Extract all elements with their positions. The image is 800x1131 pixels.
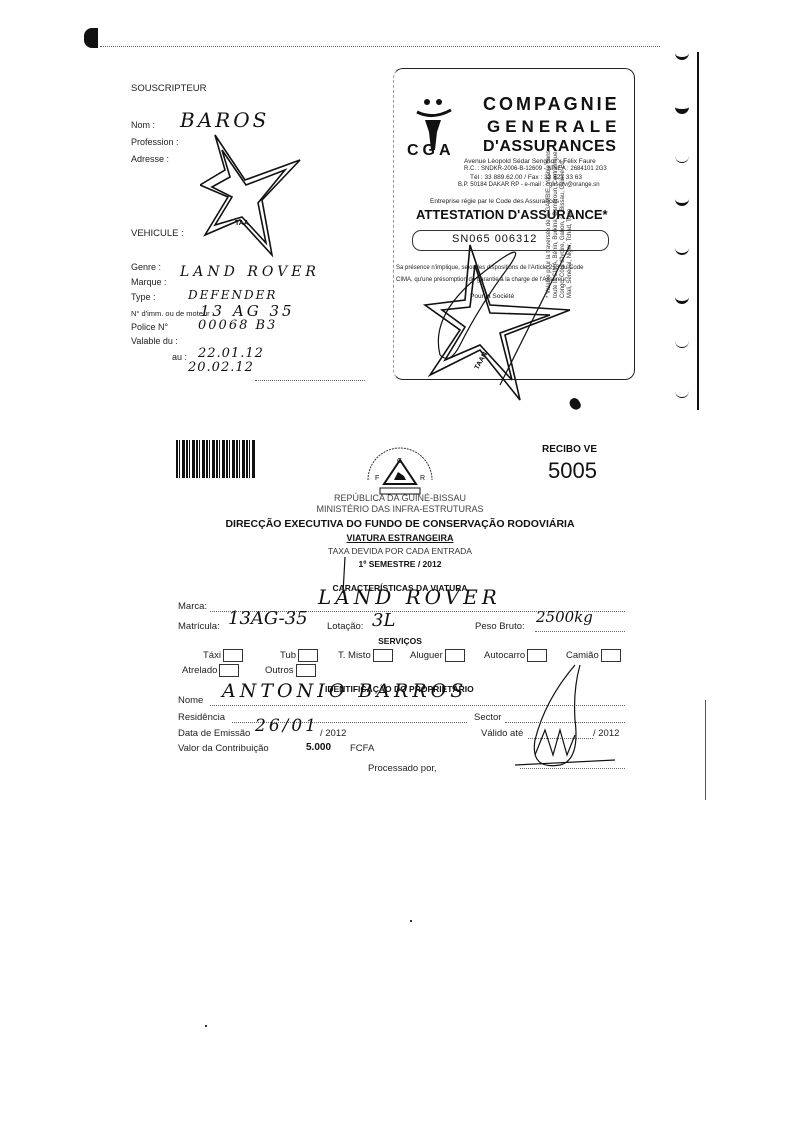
company-address: Avenue Léopold Sédar Senghor x Félix Fau…: [464, 158, 596, 165]
service-taxi[interactable]: Táxi: [203, 649, 243, 662]
tax-note: TAXA DEVIDA POR CADA ENTRADA: [300, 546, 500, 556]
type-label: Type :: [131, 292, 156, 302]
company-name-line2: GENERALE: [487, 117, 621, 137]
right-margin-line: [705, 700, 706, 800]
emissao-year: / 2012: [320, 728, 346, 739]
valable-au-value: 20.02.12: [188, 360, 254, 375]
svg-text:TAA: TAA: [235, 220, 249, 227]
service-outros-checkbox[interactable]: [296, 664, 316, 677]
subscriber-heading: SOUSCRIPTEUR: [131, 83, 206, 94]
binder-hole: [675, 294, 689, 304]
service-taxi-label: Táxi: [203, 650, 221, 661]
vehicle-type-title: VIATURA ESTRANGEIRA: [300, 533, 500, 543]
company-name-line1: COMPAGNIE: [483, 94, 620, 115]
valor-value: 5.000: [306, 742, 331, 753]
binder-hole: [675, 196, 689, 206]
nom-label: Nom :: [131, 120, 155, 130]
emblem-letter-r: R: [420, 475, 425, 482]
service-atrelado-checkbox[interactable]: [219, 664, 239, 677]
official-signature: [505, 660, 625, 780]
service-aluguer[interactable]: Aluguer: [410, 649, 465, 662]
directorate-title: DIRECÇÃO EXECUTIVA DO FUNDO DE CONSERVAÇ…: [150, 518, 650, 530]
valable-du-label: Valable du :: [131, 336, 178, 346]
marque-label: Marque :: [131, 277, 167, 287]
service-aluguer-label: Aluguer: [410, 650, 443, 661]
police-value: 00068 B3: [198, 318, 277, 333]
residencia-label: Residência: [178, 712, 225, 723]
bottom-dots-left: [255, 380, 365, 381]
semester-label: 1º SEMESTRE / 2012: [300, 559, 500, 569]
barcode: [176, 440, 256, 478]
police-label: Police N°: [131, 322, 168, 332]
company-rc: R.C. : SNDKR-2006-B-12609 - NINEA : 2684…: [464, 166, 607, 172]
company-stamp-right: TAAN: [420, 235, 590, 405]
pen-stroke: [335, 555, 355, 595]
matricula-label: Matrícula:: [178, 621, 220, 632]
svg-text:TAAN: TAAN: [474, 351, 490, 371]
binder-hole: [675, 390, 689, 398]
service-t-misto-checkbox[interactable]: [373, 649, 393, 662]
emissao-label: Data de Emissão: [178, 728, 250, 739]
vehicle-heading: VEHICULE :: [131, 228, 184, 239]
matricula-line: [535, 631, 625, 632]
republic-line: REPÚBLICA DA GUINÉ-BISSAU: [250, 493, 550, 503]
processed-label: Processado por,: [368, 763, 437, 774]
scan-corner-mark: [84, 28, 98, 48]
service-tub-checkbox[interactable]: [298, 649, 318, 662]
peso-label: Peso Bruto:: [475, 621, 525, 632]
binder-hole: [675, 246, 689, 255]
service-aluguer-checkbox[interactable]: [445, 649, 465, 662]
profession-label: Profession :: [131, 137, 179, 147]
service-tub-label: Tub: [280, 650, 296, 661]
valor-label: Valor da Contribuição: [178, 743, 269, 754]
service-atrelado-label: Atrelado: [182, 665, 217, 676]
marca-label: Marca:: [178, 601, 207, 612]
fund-emblem: [360, 440, 440, 498]
emissao-value: 26/01: [255, 716, 319, 736]
peso-value: 2500kg: [536, 608, 593, 626]
adresse-label: Adresse :: [131, 154, 169, 164]
scan-speck: [205, 1025, 207, 1027]
lotacao-label: Lotação:: [327, 621, 363, 632]
service-t-misto-label: T. Misto: [338, 650, 371, 661]
receipt-number: 5005: [548, 458, 597, 484]
marque-value: LAND ROVER: [180, 264, 320, 280]
company-bp: B.P. 50184 DAKAR RP - e-mail : cgaserv@o…: [458, 182, 600, 188]
valable-du-value: 22.01.12: [198, 346, 264, 361]
perforation-line: [100, 46, 660, 47]
certificate-title: ATTESTATION D'ASSURANCE*: [416, 207, 608, 222]
service-atrelado[interactable]: Atrelado: [182, 664, 239, 677]
regulated-note: Entreprise régie par le Code des Assuran…: [430, 198, 559, 205]
matricula-value: 13AG-35: [228, 608, 308, 629]
emblem-letter-f: F: [375, 475, 379, 482]
service-outros-label: Outros: [265, 665, 294, 676]
service-outros[interactable]: Outros: [265, 664, 316, 677]
type-value: DEFENDER: [188, 288, 277, 302]
receipt-label: RECIBO VE: [542, 444, 597, 455]
ministry-line: MINISTÉRIO DAS INFRA-ESTRUTURAS: [250, 504, 550, 514]
binder-edge-line: [697, 52, 699, 410]
valable-au-label: au :: [172, 352, 187, 362]
nome-value: ANTONIO BARROS: [222, 680, 467, 702]
service-t-misto[interactable]: T. Misto: [338, 649, 393, 662]
company-stamp-left: TAA: [200, 125, 310, 260]
nome-label: Nome: [178, 695, 203, 706]
lotacao-value: 3L: [372, 610, 395, 631]
scan-speck: [410, 920, 412, 922]
services-heading: SERVIÇOS: [330, 636, 470, 646]
cga-logo-text: CGA: [407, 142, 455, 160]
valor-currency: FCFA: [350, 743, 374, 754]
binder-hole: [675, 102, 689, 114]
service-tub[interactable]: Tub: [280, 649, 318, 662]
genre-label: Genre :: [131, 262, 161, 272]
binder-hole: [675, 340, 689, 348]
sector-label: Sector: [474, 712, 501, 723]
binder-hole: [675, 50, 689, 60]
binder-hole: [675, 155, 689, 163]
emblem-letter-c: C: [397, 458, 402, 465]
service-taxi-checkbox[interactable]: [223, 649, 243, 662]
